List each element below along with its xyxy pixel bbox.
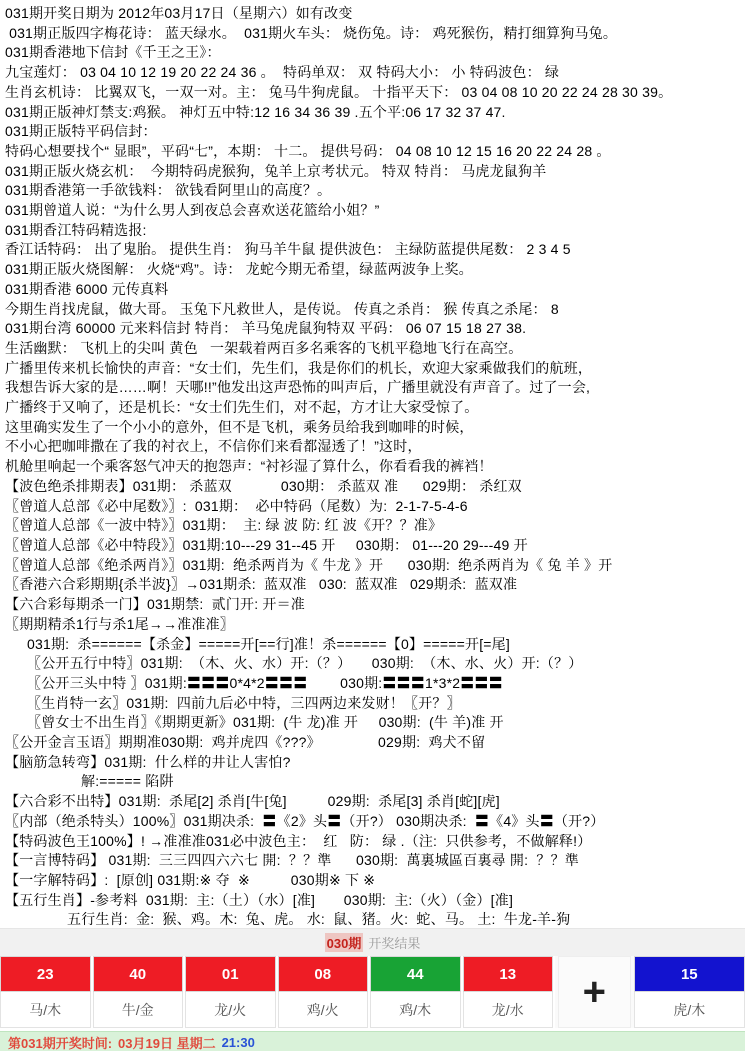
result-cell: 23马/木 (0, 956, 93, 1028)
text-line: 〖公开金言玉语〗期期准030期: 鸡并虎四《???》 029期: 鸡犬不留 (5, 733, 745, 753)
text-line: 不小心把咖啡撒在了我的衬衣上，不信你们来看都湿透了！”这时， (5, 437, 745, 457)
text-line: 〖期期精杀1行与杀1尾→→准准准〗 (5, 615, 745, 635)
text-line: 【特码波色王100%】! →准准准031必中波色主： 红 防： 绿 .（注: 只… (5, 832, 745, 852)
result-number: 08 (278, 956, 369, 992)
text-line: 031期开奖日期为 2012年03月17日（星期六）如有改变 (5, 4, 745, 24)
result-period-badge: 030期 (325, 933, 364, 952)
text-line: 031期香江特码精选报: (5, 221, 745, 241)
text-line: 031期台湾 60000 元来料信封 特肖： 羊马兔虎鼠狗特双 平码： 06 0… (5, 319, 745, 339)
text-line: 031期正版神灯禁支:鸡猴。 神灯五中特:12 16 34 36 39 .五个平… (5, 103, 745, 123)
result-number: 40 (93, 956, 184, 992)
result-number: 01 (185, 956, 276, 992)
text-line: 031期正版火烧玄机： 今期特码虎猴狗，兔羊上京考状元。 特双 特肖： 马虎龙鼠… (5, 162, 745, 182)
text-line: 031期曾道人说：“为什么男人到夜总会喜欢送花篮给小姐？” (5, 201, 745, 221)
text-line: 031期香港第一手欲钱料： 欲钱看阿里山的高度？。 (5, 181, 745, 201)
text-line: 【一字解特码】: [原创] 031期:※ 夺 ※ 030期※ 下 ※ (5, 871, 745, 891)
result-cell: 15虎/木 (634, 956, 745, 1028)
result-number: 15 (634, 956, 745, 992)
result-cell: 44鸡/木 (370, 956, 463, 1028)
next-draw-date: 03月19日 星期二 (118, 1033, 216, 1051)
text-line: 五行生肖: 金: 猴、鸡。木: 兔、虎。 水: 鼠、猪。火: 蛇、马。 土: 牛… (5, 910, 745, 928)
text-line: 【六合彩每期杀一门】031期禁: 贰门开: 开＝准 (5, 595, 745, 615)
text-line: 特码心想要找个“ 显眼”，平码“七”，本期： 十二。 提供号码： 04 08 1… (5, 142, 745, 162)
text-line: 广播终于又响了，还是机长：“女士们先生们，对不起，方才让大家受惊了。 (5, 398, 745, 418)
text-line: 九宝莲灯： 03 04 10 12 19 20 22 24 36 。 特码单双：… (5, 63, 745, 83)
result-row: 23马/木40牛/金01龙/火08鸡/火44鸡/木13龙/水+15虎/木 (0, 956, 745, 1028)
result-zodiac-label: 龙/火 (185, 992, 276, 1028)
text-line: 【六合彩不出特】031期: 杀尾[2] 杀肖[牛[兔] 029期: 杀尾[3] … (5, 792, 745, 812)
result-zodiac-label: 马/木 (0, 992, 91, 1028)
next-draw-footer: 第031期开奖时间: 03月19日 星期二 21:30 (0, 1031, 745, 1051)
text-line: 〖曾道人总部《一波中特》〗031期： 主: 绿 波 防: 红 波《开？？准》 (5, 516, 745, 536)
text-line: 生肖玄机诗： 比翼双飞，一双一对。主： 兔马牛狗虎鼠。 十指平天下： 03 04… (5, 83, 745, 103)
result-zodiac-label: 虎/木 (634, 992, 745, 1028)
result-header-label: 开奖结果 (368, 933, 420, 952)
text-line: 031期: 杀======【杀金】=====开[==行]准！杀======【0】… (5, 635, 745, 655)
text-line: 机舱里响起一个乘客怒气冲天的抱怨声：“衬衫湿了算什么，你看看我的裤裆！ (5, 457, 745, 477)
text-line: 〖生肖特一玄〗031期: 四前九后必中特，三四两边来发财！〖开？〗 (5, 694, 745, 714)
result-number: 13 (463, 956, 554, 992)
next-draw-time: 21:30 (222, 1035, 255, 1050)
text-line: 今期生肖找虎鼠，做大哥。 玉兔下凡救世人，是传说。 传真之杀肖： 猴 传真之杀尾… (5, 300, 745, 320)
content-lines: 031期开奖日期为 2012年03月17日（星期六）如有改变 031期正版四字梅… (0, 0, 745, 928)
text-line: 【脑筋急转弯】031期: 什么样的井让人害怕? (5, 753, 745, 773)
text-line: 我想告诉大家的是……啊！天哪!!”他发出这声恐怖的叫声后，广播里就没有声音了。过… (5, 378, 745, 398)
text-line: 〖公开三头中特 〗031期:〓〓〓0*4*2〓〓〓 030期:〓〓〓1*3*2〓… (5, 674, 745, 694)
result-zodiac-label: 鸡/木 (370, 992, 461, 1028)
text-line: 生活幽默： 飞机上的尖叫 黄色 一架载着两百多名乘客的飞机平稳地飞行在高空。 (5, 339, 745, 359)
text-line: 031期正版特平码信封： (5, 122, 745, 142)
result-zodiac-label: 鸡/火 (278, 992, 369, 1028)
text-line: 【五行生肖】-参考料 031期: 主:（土）（水）[准] 030期: 主:（火）… (5, 891, 745, 911)
text-line: 〖曾道人总部《必中尾数》〗: 031期： 必中特码（尾数）为: 2-1-7-5-… (5, 497, 745, 517)
result-number: 44 (370, 956, 461, 992)
plus-sign: + (558, 956, 631, 1028)
result-header: 030期 开奖结果 (0, 928, 745, 956)
text-line: 〖内部（绝杀特头）100%〗031期决杀: 〓《2》头〓（开?） 030期决杀:… (5, 812, 745, 832)
text-line: 【波色绝杀排期表】031期： 杀蓝双 030期： 杀蓝双 准 029期： 杀红双 (5, 477, 745, 497)
result-zodiac-label: 龙/水 (463, 992, 554, 1028)
text-line: 〖曾道人总部《绝杀两肖》〗031期: 绝杀两肖为《 牛龙 》开 030期: 绝杀… (5, 556, 745, 576)
result-cell: 40牛/金 (93, 956, 186, 1028)
lottery-info-page: 031期开奖日期为 2012年03月17日（星期六）如有改变 031期正版四字梅… (0, 0, 745, 1051)
text-line: 〖曾女士不出生肖〗《期期更新》031期: (牛 龙)准 开 030期: (牛 羊… (5, 713, 745, 733)
next-draw-label: 第031期开奖时间: (8, 1033, 112, 1051)
text-line: 香江话特码： 出了鬼胎。 提供生肖： 狗马羊牛鼠 提供波色： 主绿防蓝提供尾数：… (5, 240, 745, 260)
result-cell: 13龙/水 (463, 956, 556, 1028)
text-line: 〖公开五行中特〗031期: （木、火、水）开:（？） 030期: （木、水、火）… (5, 654, 745, 674)
result-cell: 08鸡/火 (278, 956, 371, 1028)
text-line: 广播里传来机长愉快的声音：“女士们，先生们，我是你们的机长，欢迎大家乘做我们的航… (5, 359, 745, 379)
text-line: 〖曾道人总部《必中特段》〗031期:10---29 31--45 开 030期：… (5, 536, 745, 556)
text-line: 031期正版火烧图解： 火烧“鸡”。诗： 龙蛇今期无希望，绿蓝两波争上奖。 (5, 260, 745, 280)
result-cell: 01龙/火 (185, 956, 278, 1028)
result-zodiac-label: 牛/金 (93, 992, 184, 1028)
text-line: 〖香港六合彩期期{杀半波}〗→031期杀: 蓝双准 030: 蓝双准 029期杀… (5, 575, 745, 595)
text-line: 解:===== 陷阱 (5, 772, 745, 792)
result-number: 23 (0, 956, 91, 992)
text-line: 031期正版四字梅花诗： 蓝天绿水。 031期火车头： 烧伤兔。诗： 鸡死猴伤，… (5, 24, 745, 44)
text-line: 这里确实发生了一个小小的意外，但不是飞机，乘务员给我到咖啡的时候， (5, 418, 745, 438)
text-line: 031期香港地下信封《千王之王》： (5, 43, 745, 63)
text-line: 031期香港 6000 元传真料 (5, 280, 745, 300)
text-line: 【一言博特码】 031期: 三三四四六六七 開: ？？準 030期: 萬裏城區百… (5, 851, 745, 871)
